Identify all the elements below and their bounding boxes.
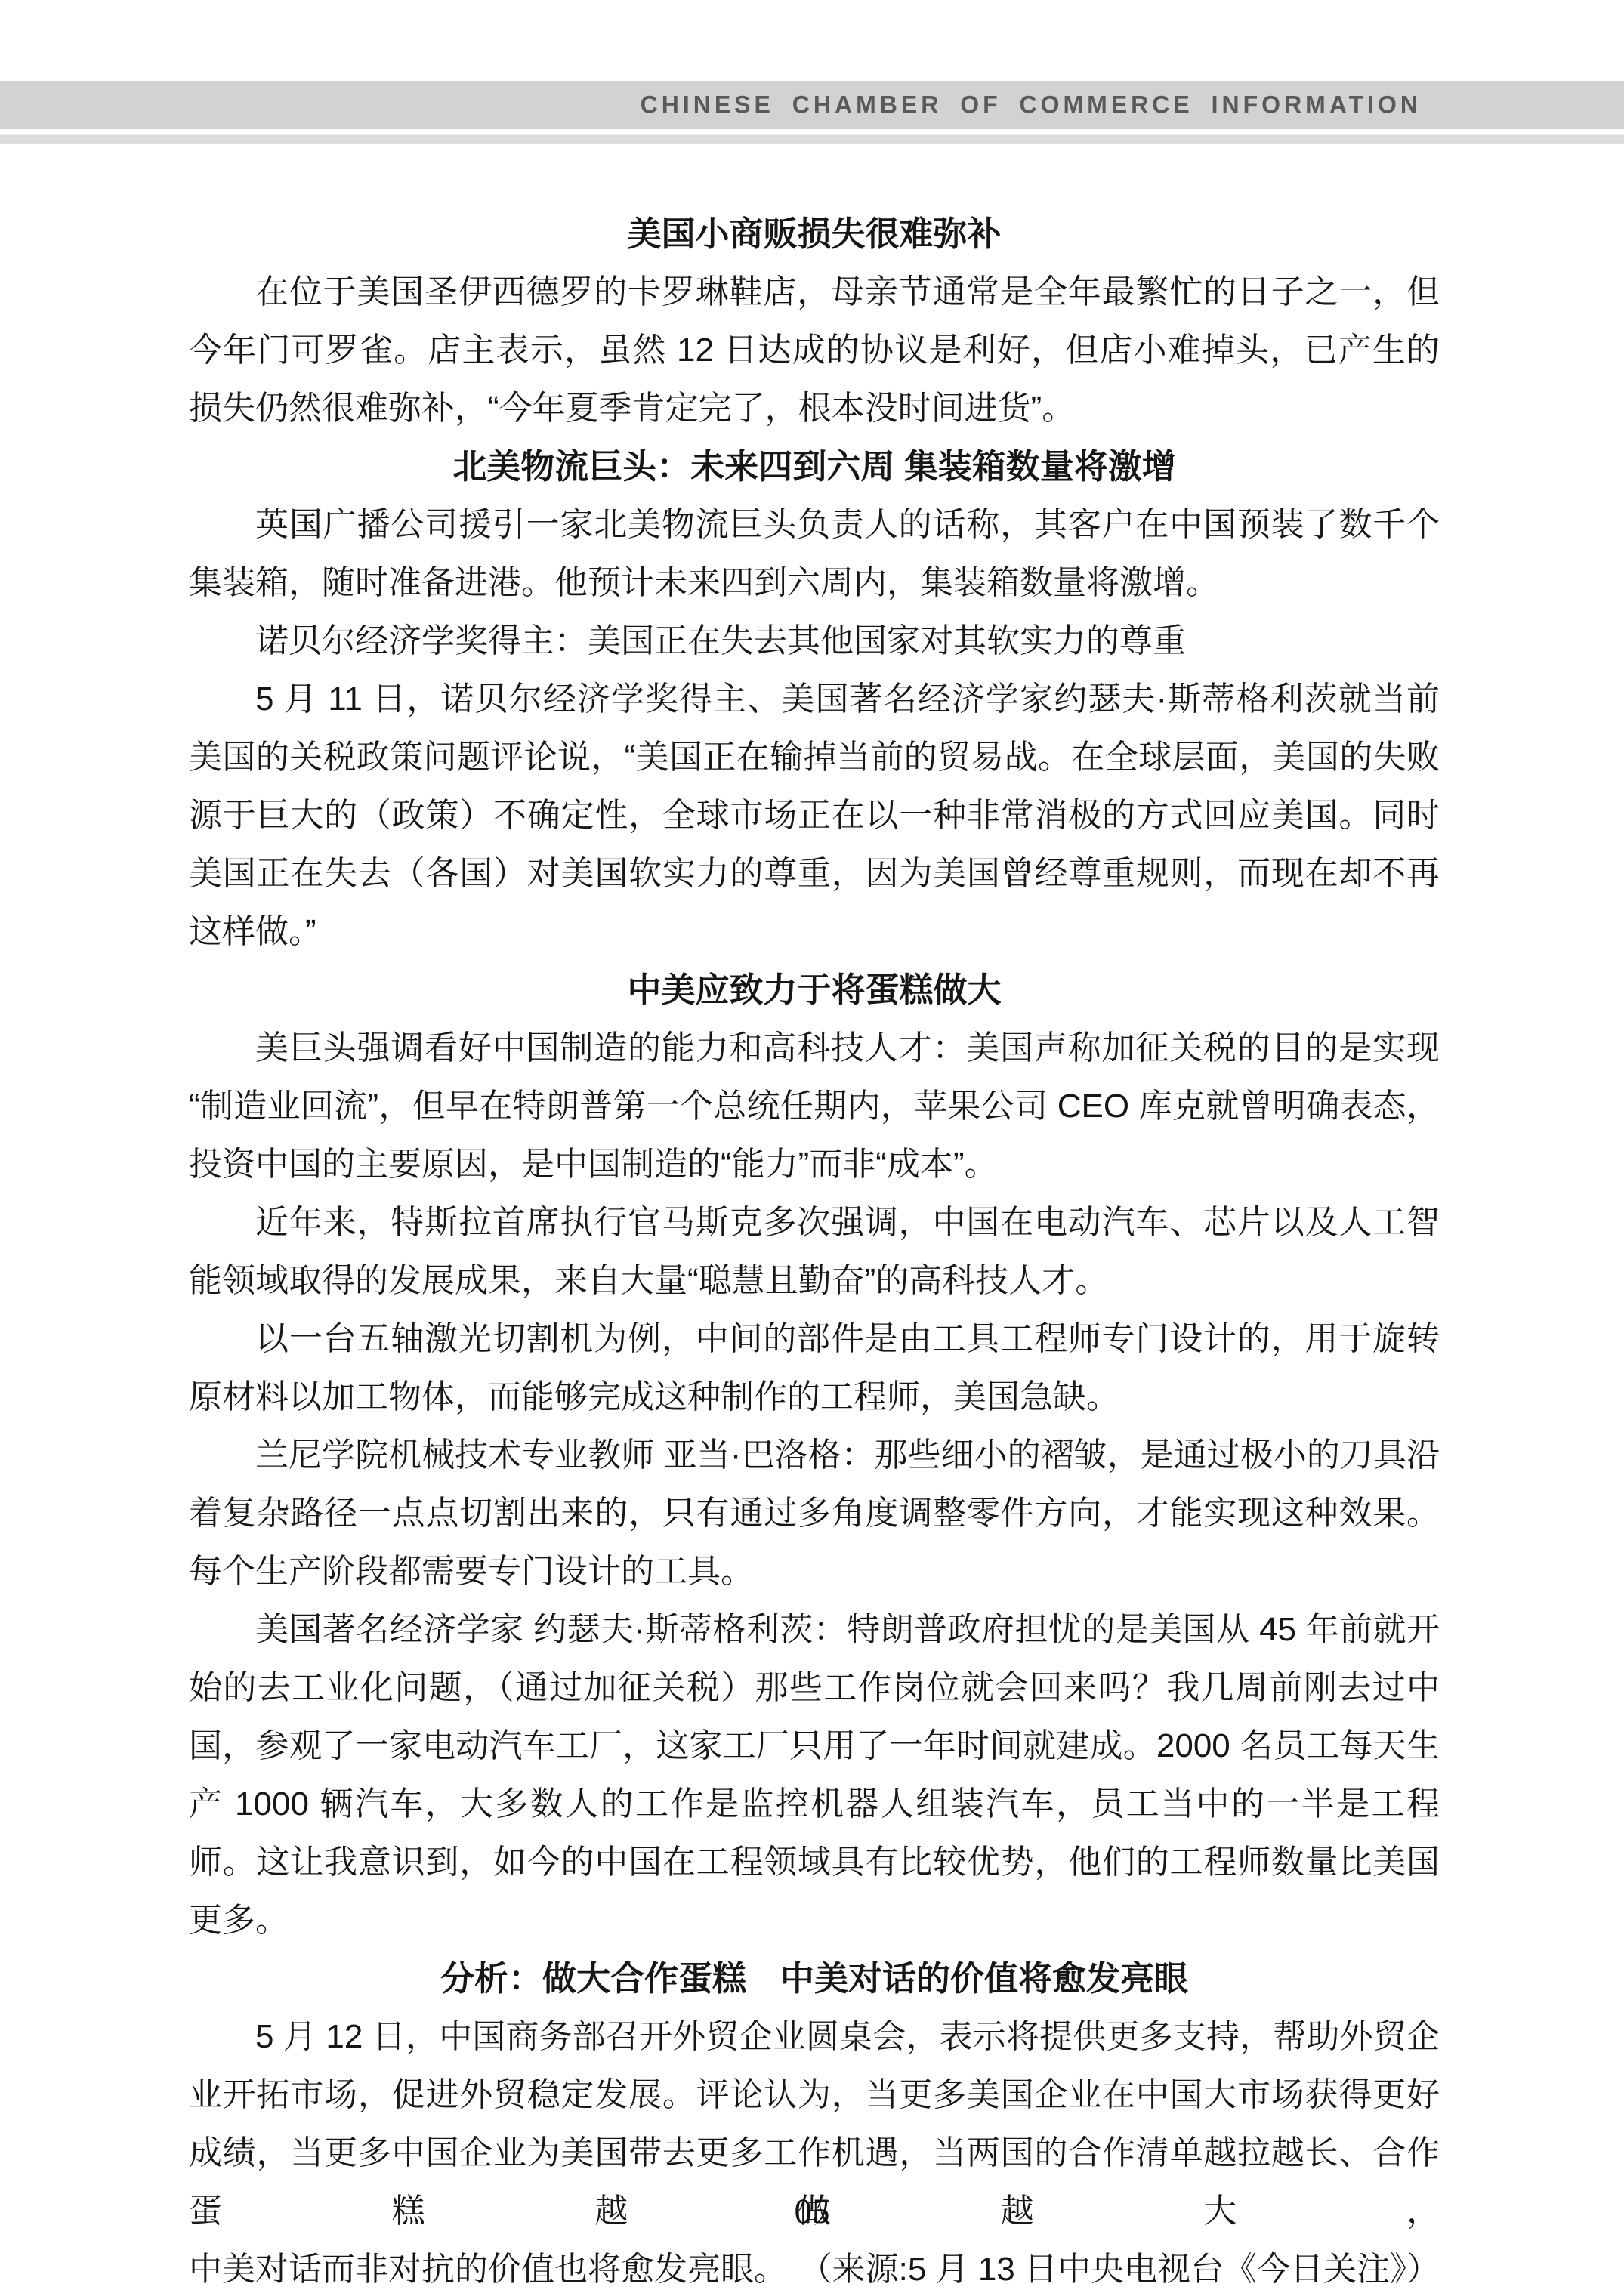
section-heading-2: 北美物流巨头：未来四到六周 集装箱数量将激增 <box>189 437 1440 495</box>
final-line-text: 中美对话而非对抗的价值也将愈发亮眼。 <box>189 2240 787 2293</box>
header-rule-divider <box>0 134 1624 144</box>
paragraph: 兰尼学院机械技术专业教师 亚当·巴洛格：那些细小的褶皱，是通过极小的刀具沿着复杂… <box>189 1426 1440 1600</box>
section-heading-3: 中美应致力于将蛋糕做大 <box>189 961 1440 1019</box>
paragraph: 诺贝尔经济学奖得主：美国正在失去其他国家对其软实力的尊重 <box>189 612 1440 670</box>
paragraph: 以一台五轴激光切割机为例，中间的部件是由工具工程师专门设计的，用于旋转原材料以加… <box>189 1310 1440 1426</box>
header-banner-text: CHINESE CHAMBER OF COMMERCE INFORMATION <box>641 91 1422 119</box>
section-heading-1: 美国小商贩损失很难弥补 <box>189 205 1440 263</box>
paragraph: 英国广播公司援引一家北美物流巨头负责人的话称，其客户在中国预装了数千个集装箱，随… <box>189 495 1440 612</box>
page-number: 05 <box>0 2193 1624 2230</box>
source-note: （来源:5 月 13 日中央电视台《今日关注》） <box>799 2240 1440 2293</box>
final-line: 中美对话而非对抗的价值也将愈发亮眼。 （来源:5 月 13 日中央电视台《今日关… <box>189 2240 1440 2293</box>
header-band: CHINESE CHAMBER OF COMMERCE INFORMATION <box>0 81 1624 129</box>
article-body: 美国小商贩损失很难弥补 在位于美国圣伊西德罗的卡罗琳鞋店，母亲节通常是全年最繁忙… <box>189 205 1440 2293</box>
document-page: CHINESE CHAMBER OF COMMERCE INFORMATION … <box>0 0 1624 2293</box>
paragraph: 5 月 11 日，诺贝尔经济学奖得主、美国著名经济学家约瑟夫·斯蒂格利茨就当前美… <box>189 670 1440 961</box>
section-heading-4: 分析：做大合作蛋糕 中美对话的价值将愈发亮眼 <box>189 1949 1440 2008</box>
paragraph: 美巨头强调看好中国制造的能力和高科技人才：美国声称加征关税的目的是实现“制造业回… <box>189 1019 1440 1193</box>
paragraph: 美国著名经济学家 约瑟夫·斯蒂格利茨：特朗普政府担忧的是美国从 45 年前就开始… <box>189 1600 1440 1949</box>
paragraph: 近年来，特斯拉首席执行官马斯克多次强调，中国在电动汽车、芯片以及人工智能领域取得… <box>189 1193 1440 1310</box>
paragraph: 在位于美国圣伊西德罗的卡罗琳鞋店，母亲节通常是全年最繁忙的日子之一，但今年门可罗… <box>189 263 1440 437</box>
final-paragraph-block: 5 月 12 日，中国商务部召开外贸企业圆桌会，表示将提供更多支持，帮助外贸企业… <box>189 2008 1440 2293</box>
